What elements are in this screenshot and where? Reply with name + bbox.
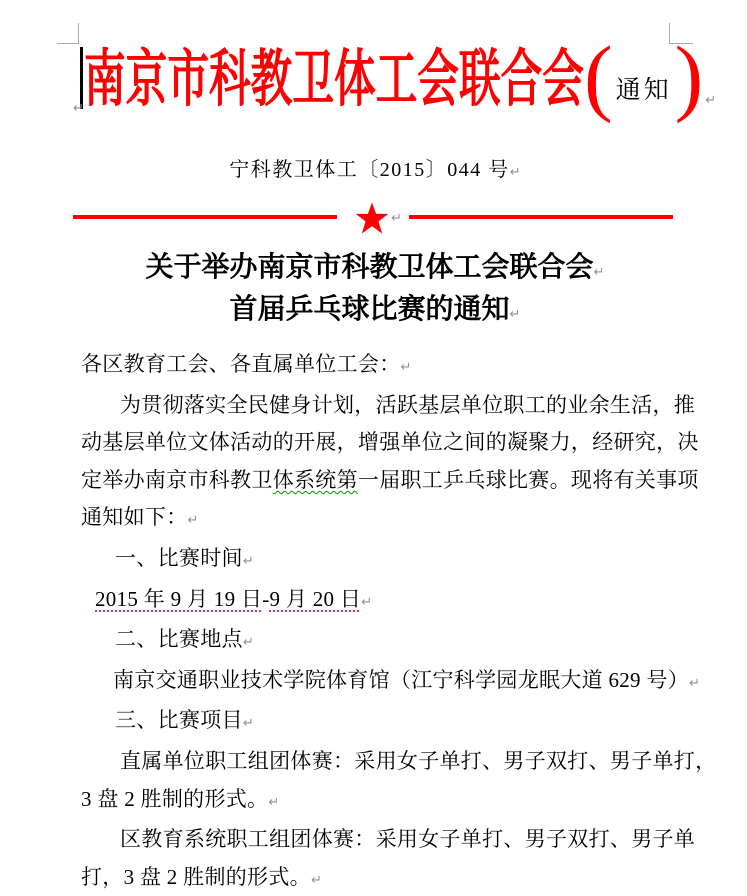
body-text-run: 一、比赛时间 [115,546,243,570]
body-line[interactable]: 定举办南京市科教卫体系统第一届职工乒乓球比赛。现将有关事项 [81,462,721,500]
body-text-run: 为贯彻落实全民健身计划，活跃基层单位职工的业余生活，推 [120,393,695,417]
body-line[interactable]: 直属单位职工组团体赛：采用女子单打、男子双打、男子单打， [81,743,721,781]
smarttag-date-text: 2015 年 9 月 19 日 [95,587,262,611]
org-name-text: 南京市科教卫体工会联合会 [84,49,584,111]
body-text-run: 区教育系统职工组团体赛：采用女子单打、男子双打、男子单 [120,827,695,851]
title-line-2: 首届乒乓球比赛的通知↵ [81,291,669,333]
paragraph-mark-icon: ↵ [705,93,716,108]
body-line-date[interactable]: 2015 年 9 月 19 日-9 月 20 日↵ [81,581,721,622]
paragraph-mark-icon: ↵ [510,307,521,322]
body-line-heading-3[interactable]: 三、比赛项目↵ [81,702,721,743]
body-text-run: 三、比赛项目 [115,708,243,732]
paragraph-mark-icon: ↵ [243,554,254,569]
body-text-run: 二、比赛地点 [115,627,243,651]
body-text-run: 3 盘 2 胜制的形式。 [81,787,268,811]
separator-rule-right [409,215,673,219]
letterhead-paren-open: ( [584,33,613,119]
paragraph-mark-icon: ↵ [188,513,199,528]
smarttag-date-text: 9 月 20 日 [270,587,362,611]
body-line[interactable]: 3 盘 2 胜制的形式。↵ [81,781,721,822]
letterhead-paren-close: ) [675,33,704,119]
star-icon [355,202,389,235]
spellcheck-underlined-text: 体系统第 [273,468,358,492]
body-text-run: 动基层单位文体活动的开展，增强单位之间的凝聚力，经研究，决 [81,430,699,454]
title-line-2-text: 首届乒乓球比赛的通知 [230,294,510,325]
body-text-run: 直属单位职工组团体赛：采用女子单打、男子双打、男子单打， [120,749,716,773]
separator-rule-left [73,215,337,219]
body-line[interactable]: 动基层单位文体活动的开展，增强单位之间的凝聚力，经研究，决 [81,424,721,462]
document-letterhead[interactable]: 南京市科教卫体工会联合会 ( 通知 ) ↵ [84,36,716,124]
paragraph-mark-icon: ↵ [243,716,254,731]
body-text-run: 一届职工乒乓球比赛。现将有关事项 [358,468,699,492]
paragraph-mark-icon: ↵ [311,873,322,888]
notice-title[interactable]: 关于举办南京市科教卫体工会联合会↵ 首届乒乓球比赛的通知↵ [81,249,669,333]
body-line-heading-2[interactable]: 二、比赛地点↵ [81,621,721,662]
body-text-run: 定举办南京市科教卫 [81,468,273,492]
paragraph-mark-icon: ↵ [594,265,605,280]
paragraph-mark-icon: ↵ [268,795,279,810]
doc-number-text: 宁科教卫体工〔2015〕044 号 [229,159,510,181]
body-line[interactable]: 打，3 盘 2 胜制的形式。↵ [81,859,721,896]
body-text-run: - [262,587,269,611]
body-line-venue[interactable]: 南京交通职业技术学院体育馆（江宁科学园龙眠大道 629 号）↵ [81,662,721,703]
paragraph-mark-icon: ↵ [361,595,372,610]
doc-number-line[interactable]: 宁科教卫体工〔2015〕044 号↵ [81,153,669,182]
margin-corner-mark-top-left [57,23,79,44]
body-line-salutation[interactable]: 各区教育工会、各直属单位工会：↵ [81,346,721,387]
paragraph-mark-icon: ↵ [510,165,521,180]
body-text-run: 各区教育工会、各直属单位工会： [81,352,401,376]
body-text-run: 南京交通职业技术学院体育馆（江宁科学园龙眠大道 629 号） [113,668,689,692]
body-line-heading-1[interactable]: 一、比赛时间↵ [81,540,721,581]
org-name-wrap: 南京市科教卫体工会联合会 [84,36,584,124]
paragraph-mark-icon: ↵ [243,635,254,650]
letterhead-annotation: 通知 [616,70,672,106]
paragraph-mark-icon: ↵ [689,676,700,691]
document-body[interactable]: 各区教育工会、各直属单位工会：↵ 为贯彻落实全民健身计划，活跃基层单位职工的业余… [81,346,721,896]
word-document-page[interactable]: { "marks": { "pilcrow": "↵" }, "colors":… [0,0,747,896]
body-text-run: 通知如下： [81,505,188,529]
body-line[interactable]: 区教育系统职工组团体赛：采用女子单打、男子双打、男子单 [81,821,721,859]
paragraph-mark-icon: ↵ [391,211,402,226]
title-line-1: 关于举办南京市科教卫体工会联合会↵ [81,249,669,291]
body-text-run: 打，3 盘 2 胜制的形式。 [81,865,311,889]
body-line[interactable]: 为贯彻落实全民健身计划，活跃基层单位职工的业余生活，推 [81,387,721,425]
paragraph-mark-icon: ↵ [401,360,412,375]
text-cursor [80,47,83,109]
body-line[interactable]: 通知如下：↵ [81,499,721,540]
paragraph-mark-icon: ↵ [73,101,84,116]
title-line-1-text: 关于举办南京市科教卫体工会联合会 [146,252,594,283]
